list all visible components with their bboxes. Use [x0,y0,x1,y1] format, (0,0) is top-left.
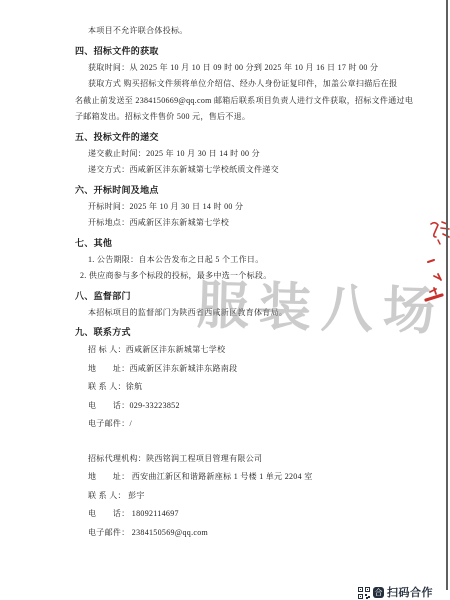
doc-line: 1. 公告期限：自本公告发布之日起 5 个工作日。 [75,252,390,269]
doc-line: 联 系 人：徐航 [88,378,390,397]
doc-line: 名截止前发送至 2384150669@qq.com 邮箱后联系项目负责人进行文件… [75,93,390,110]
doc-line: 本项目不允许联合体投标。 [75,23,390,40]
doc-line: 电 话：029-33223852 [88,397,390,416]
doc-line: 电 话： 18092114697 [88,505,390,524]
document-page: 本项目不允许联合体投标。四、招标文件的获取获取时间：从 2025 年 10 月 … [0,0,450,600]
doc-line: 招 标 人：西咸新区沣东新城第七学校 [88,341,390,360]
doc-line: 招标代理机构：陕西铭润工程项目管理有限公司 [88,450,390,469]
doc-line: 获取方式 购买招标文件须将单位介绍信、经办人身份证复印件，加盖公章扫描后在报 [75,76,390,93]
page-right-border [446,0,448,590]
doc-line: 本招标项目的监督部门为陕西省西咸新区教育体育局。 [75,305,390,322]
rounded-square-logo-icon: 合 [373,587,384,598]
qr-code-icon [358,587,370,599]
doc-line: 子邮箱发出。招标文件售价 500 元，售后不退。 [75,109,390,126]
red-handwriting-marks-icon [398,218,450,313]
footer-watermark: 合 扫码合作 [358,587,433,600]
doc-line: 电子邮件：/ [88,415,390,434]
doc-line: 2. 供应商参与多个标段的投标，最多中选一个标段。 [75,268,390,285]
section-heading: 七、其他 [75,235,390,252]
section-heading: 六、开标时间及地点 [75,182,390,199]
section-heading: 五、投标文件的递交 [75,129,390,146]
doc-line: 电子邮件： 2384150569@qq.com [88,524,390,543]
section-heading: 九、联系方式 [75,324,390,341]
footer-watermark-text: 扫码合作 [387,587,433,599]
doc-line [75,434,390,450]
doc-line: 递交方式：西咸新区沣东新城第七学校纸质文件递交 [75,162,390,179]
section-heading: 四、招标文件的获取 [75,43,390,60]
section-heading: 八、监督部门 [75,288,390,305]
doc-line: 获取时间：从 2025 年 10 月 10 日 09 时 00 分到 2025 … [75,60,390,77]
doc-line: 地 址： 西安曲江新区和谐路新座标 1 号楼 1 单元 2204 室 [88,468,390,487]
doc-line: 递交截止时间：2025 年 10 月 30 日 14 时 00 分 [75,146,390,163]
document-body: 本项目不允许联合体投标。四、招标文件的获取获取时间：从 2025 年 10 月 … [75,23,390,542]
doc-line: 开标地点：西咸新区沣东新城第七学校 [75,215,390,232]
doc-line: 地 址：西咸新区沣东新城沣东路南段 [88,360,390,379]
doc-line: 联 系 人： 彭宇 [88,487,390,506]
doc-line: 开标时间：2025 年 10 月 30 日 14 时 00 分 [75,199,390,216]
